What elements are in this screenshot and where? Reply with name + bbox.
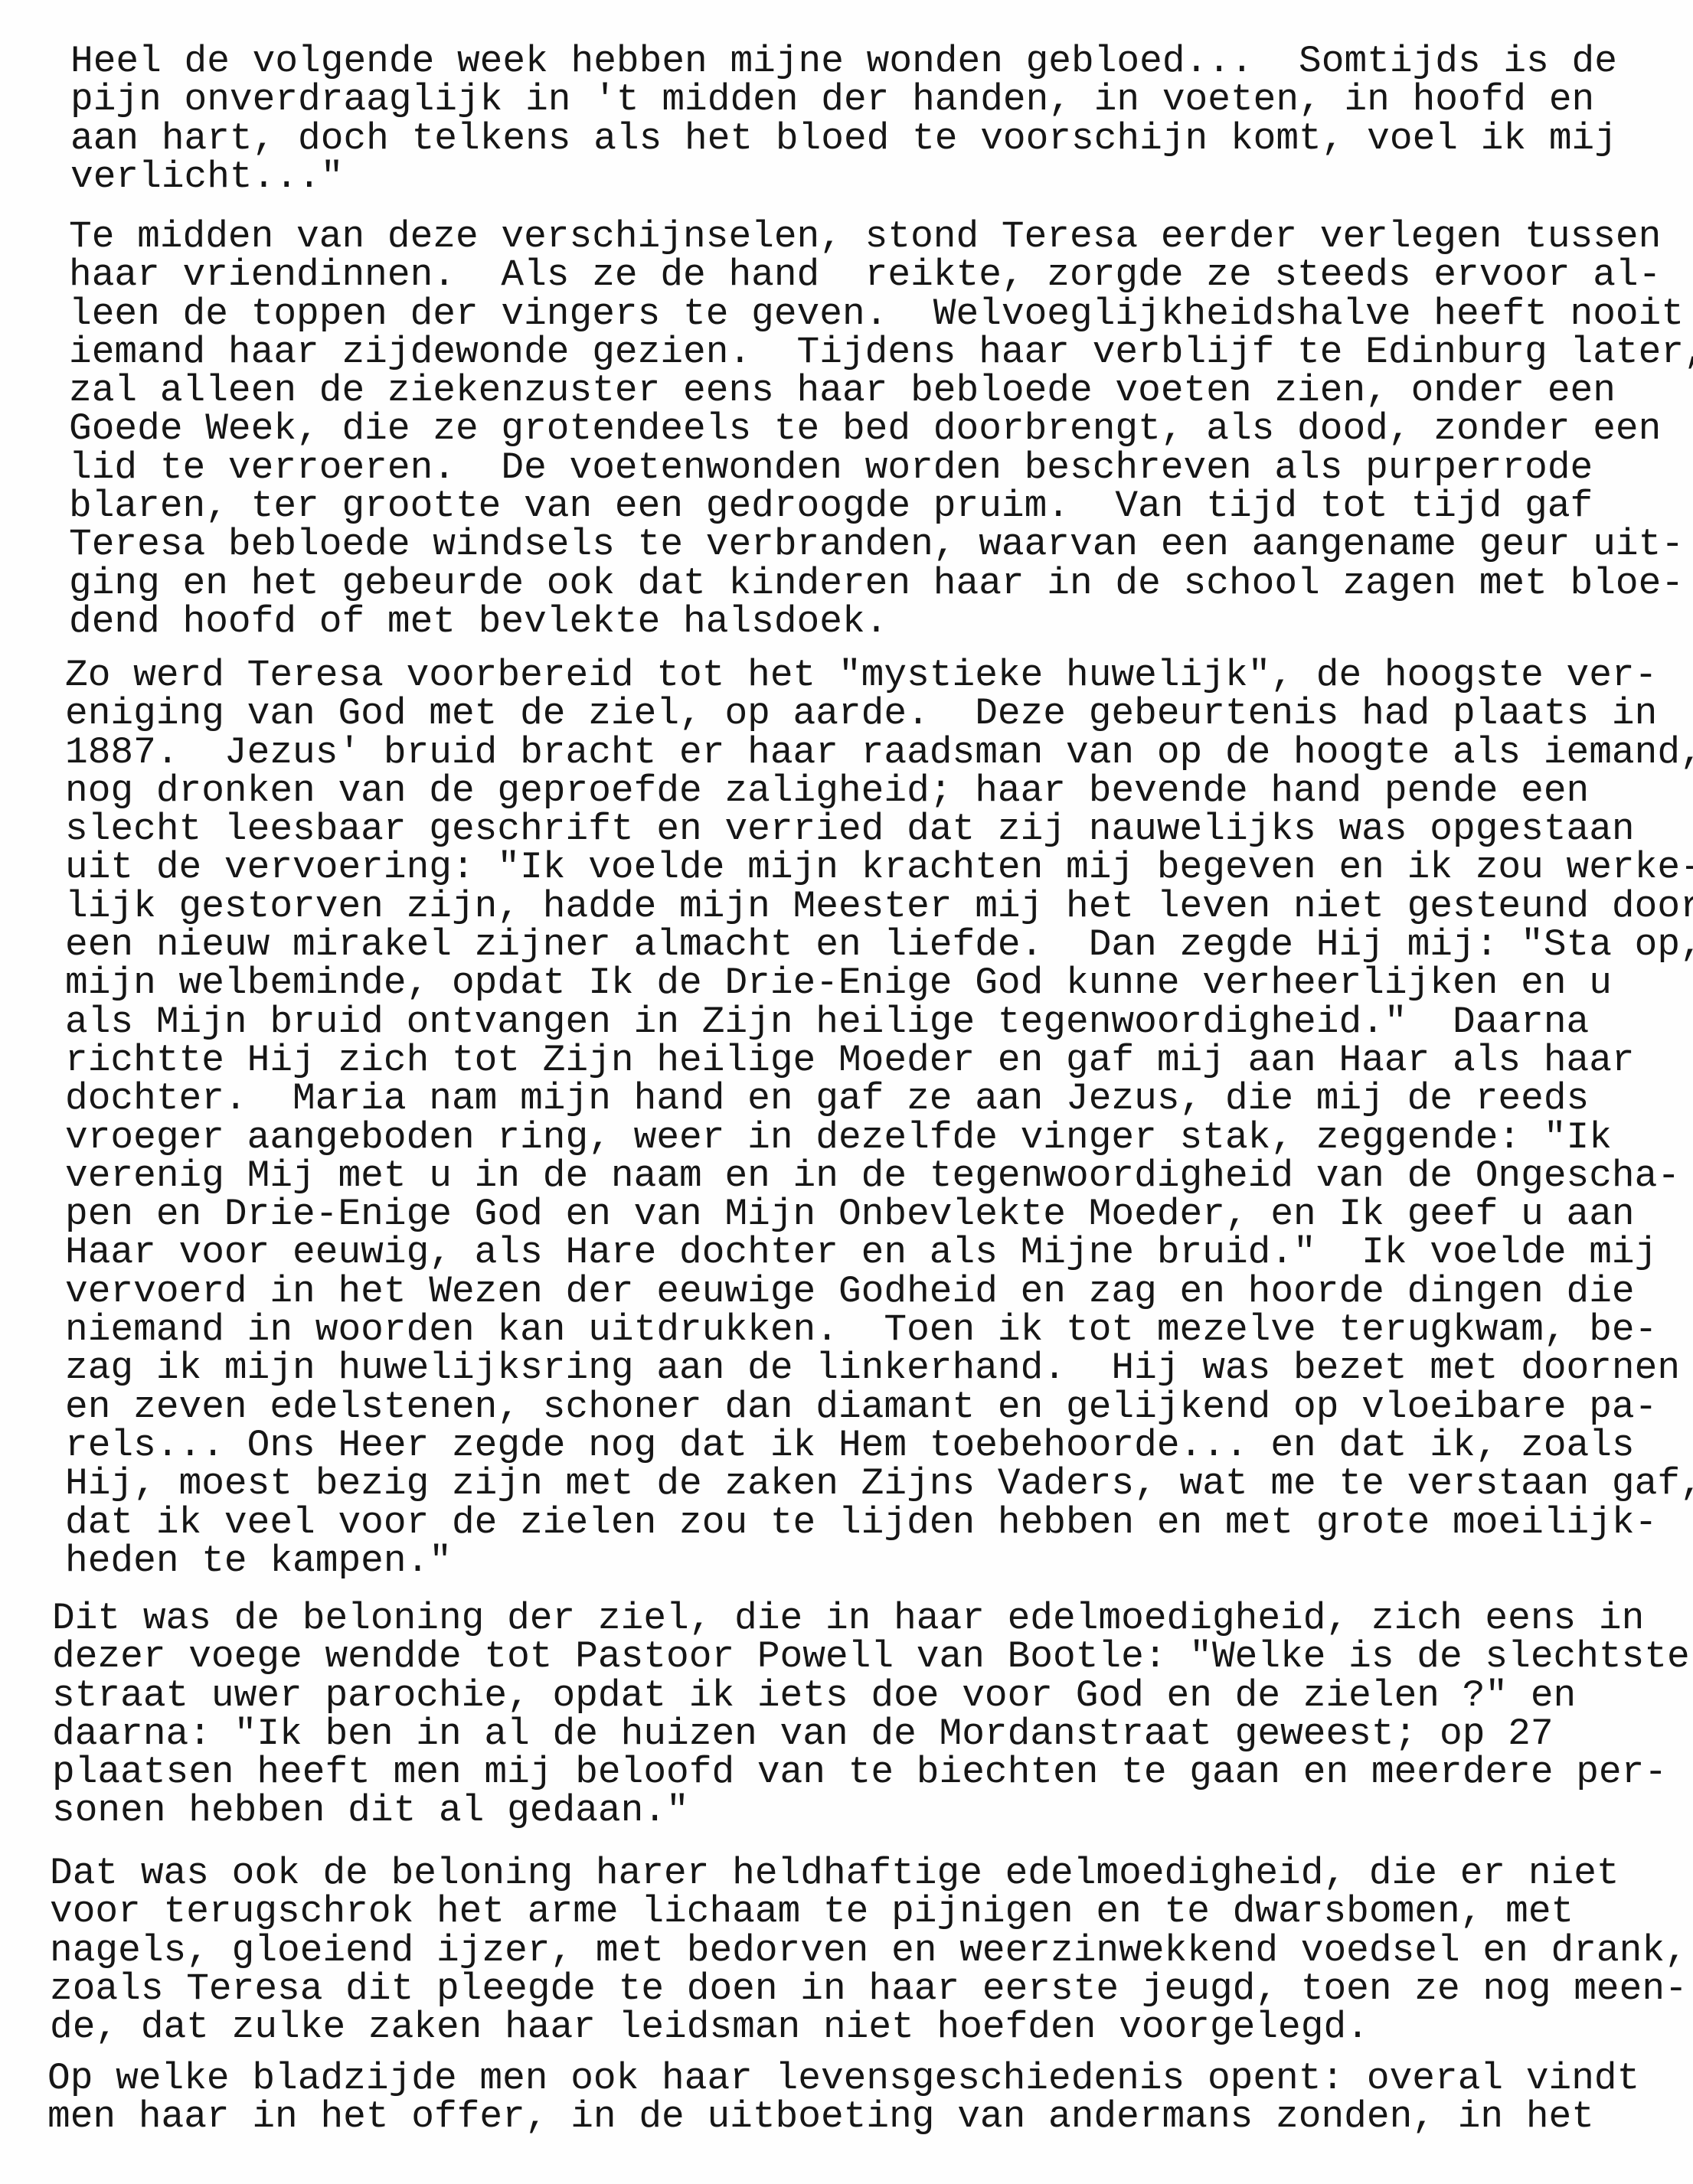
text-line: voor terugschrok het arme lichaam te pij… bbox=[50, 1892, 1688, 1931]
text-line: nog dronken van de geproefde zaligheid; … bbox=[65, 772, 1693, 810]
text-line: heden te kampen." bbox=[65, 1542, 1693, 1580]
text-line: sonen hebben dit al gedaan." bbox=[52, 1791, 1690, 1830]
text-line: Te midden van deze verschijnselen, stond… bbox=[69, 217, 1693, 256]
text-line: richtte Hij zich tot Zijn heilige Moeder… bbox=[65, 1041, 1693, 1079]
text-line: zoals Teresa dit pleegde te doen in haar… bbox=[50, 1970, 1688, 2008]
text-line: dezer voege wendde tot Pastoor Powell va… bbox=[52, 1637, 1690, 1676]
text-line: de, dat zulke zaken haar leidsman niet h… bbox=[50, 2008, 1688, 2046]
text-line: vroeger aangeboden ring, weer in dezelfd… bbox=[65, 1118, 1693, 1157]
text-line: verenig Mij met u in de naam en in de te… bbox=[65, 1157, 1693, 1195]
text-line: 1887. Jezus' bruid bracht er haar raadsm… bbox=[65, 733, 1693, 772]
text-line: leen de toppen der vingers te geven. Wel… bbox=[69, 295, 1693, 333]
text-line: Goede Week, die ze grotendeels te bed do… bbox=[69, 410, 1693, 448]
text-line: verlicht..." bbox=[70, 158, 1617, 196]
typewritten-page: Heel de volgende week hebben mijne wonde… bbox=[0, 0, 1693, 2184]
text-line: Dat was ook de beloning harer heldhaftig… bbox=[50, 1854, 1688, 1892]
text-line: iemand haar zijdewonde gezien. Tijdens h… bbox=[69, 333, 1693, 371]
text-line: uit de vervoering: "Ik voelde mijn krach… bbox=[65, 848, 1693, 886]
paragraph-6: Op welke bladzijde men ook haar levensge… bbox=[47, 2059, 1639, 2137]
paragraph-5: Dat was ook de beloning harer heldhaftig… bbox=[50, 1854, 1688, 2046]
text-line: plaatsen heeft men mij beloofd van te bi… bbox=[52, 1753, 1690, 1791]
text-line: Haar voor eeuwig, als Hare dochter en al… bbox=[65, 1233, 1693, 1272]
text-line: daarna: "Ik ben in al de huizen van de M… bbox=[52, 1715, 1690, 1753]
text-line: niemand in woorden kan uitdrukken. Toen … bbox=[65, 1311, 1693, 1349]
text-line: nagels, gloeiend ijzer, met bedorven en … bbox=[50, 1931, 1688, 1970]
paragraph-3: Zo werd Teresa voorbereid tot het "mysti… bbox=[65, 656, 1693, 1580]
text-line: rels... Ons Heer zegde nog dat ik Hem to… bbox=[65, 1426, 1693, 1464]
text-line: straat uwer parochie, opdat ik iets doe … bbox=[52, 1676, 1690, 1715]
text-line: een nieuw mirakel zijner almacht en lief… bbox=[65, 926, 1693, 964]
paragraph-2: Te midden van deze verschijnselen, stond… bbox=[69, 217, 1693, 641]
text-line: aan hart, doch telkens als het bloed te … bbox=[70, 119, 1617, 158]
paragraph-1: Heel de volgende week hebben mijne wonde… bbox=[70, 42, 1617, 196]
text-line: blaren, ter grootte van een gedroogde pr… bbox=[69, 487, 1693, 525]
text-line: vervoerd in het Wezen der eeuwige Godhei… bbox=[65, 1272, 1693, 1311]
text-line: Hij, moest bezig zijn met de zaken Zijns… bbox=[65, 1464, 1693, 1503]
text-line: haar vriendinnen. Als ze de hand reikte,… bbox=[69, 256, 1693, 294]
text-line: men haar in het offer, in de uitboeting … bbox=[47, 2097, 1639, 2136]
text-line: slecht leesbaar geschrift en verried dat… bbox=[65, 810, 1693, 848]
text-line: lid te verroeren. De voetenwonden worden… bbox=[69, 449, 1693, 487]
text-line: mijn welbeminde, opdat Ik de Drie-Enige … bbox=[65, 964, 1693, 1002]
text-line: Heel de volgende week hebben mijne wonde… bbox=[70, 42, 1617, 80]
text-line: zal alleen de ziekenzuster eens haar beb… bbox=[69, 371, 1693, 410]
text-line: Op welke bladzijde men ook haar levensge… bbox=[47, 2059, 1639, 2097]
text-line: en zeven edelstenen, schoner dan diamant… bbox=[65, 1388, 1693, 1426]
text-line: zag ik mijn huwelijksring aan de linkerh… bbox=[65, 1349, 1693, 1387]
text-line: Zo werd Teresa voorbereid tot het "mysti… bbox=[65, 656, 1693, 694]
text-line: ging en het gebeurde ook dat kinderen ha… bbox=[69, 564, 1693, 602]
text-line: dend hoofd of met bevlekte halsdoek. bbox=[69, 602, 1693, 641]
text-line: dat ik veel voor de zielen zou te lijden… bbox=[65, 1503, 1693, 1542]
text-line: dochter. Maria nam mijn hand en gaf ze a… bbox=[65, 1079, 1693, 1118]
text-line: pijn onverdraaglijk in 't midden der han… bbox=[70, 80, 1617, 119]
text-line: pen en Drie-Enige God en van Mijn Onbevl… bbox=[65, 1195, 1693, 1233]
text-line: als Mijn bruid ontvangen in Zijn heilige… bbox=[65, 1003, 1693, 1041]
text-line: Teresa bebloede windsels te verbranden, … bbox=[69, 525, 1693, 563]
text-line: Dit was de beloning der ziel, die in haa… bbox=[52, 1599, 1690, 1637]
text-line: eniging van God met de ziel, op aarde. D… bbox=[65, 694, 1693, 733]
text-line: lijk gestorven zijn, hadde mijn Meester … bbox=[65, 887, 1693, 926]
paragraph-4: Dit was de beloning der ziel, die in haa… bbox=[52, 1599, 1690, 1830]
